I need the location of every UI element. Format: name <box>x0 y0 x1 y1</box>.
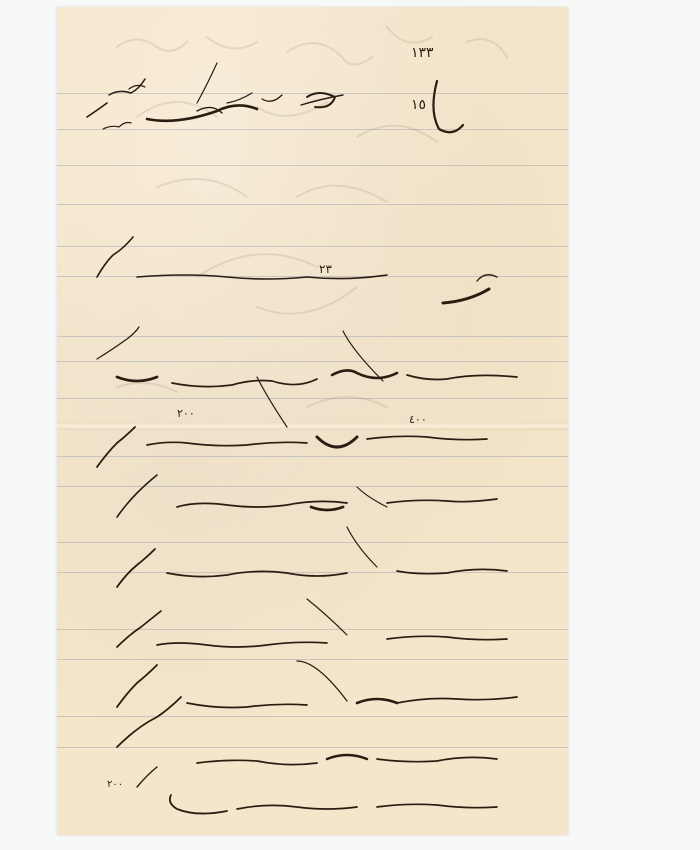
body-line-1 <box>97 237 497 303</box>
body-number: ٢٠٠ <box>177 407 195 420</box>
body-line-5 <box>117 527 507 587</box>
handwriting <box>57 7 568 835</box>
body-line-6 <box>117 599 507 647</box>
body-line-8 <box>117 697 497 765</box>
body-number: ٢٣ <box>319 262 332 276</box>
date-day: ١٥ <box>411 97 426 113</box>
margin-number: ٢٠٠ <box>107 779 123 790</box>
date-year: ١٣٣ <box>411 45 434 61</box>
body-line-3 <box>97 377 487 467</box>
body-line-9 <box>137 767 497 814</box>
body-number: ٤٠٠ <box>409 413 427 426</box>
letter-page: ١٣٣ ١٥ ٢٣ ٢٠٠ ٤٠٠ ٢٠٠ <box>57 7 568 835</box>
body-line-2 <box>97 327 517 387</box>
header-writing <box>87 63 463 132</box>
body-line-4 <box>117 475 497 517</box>
